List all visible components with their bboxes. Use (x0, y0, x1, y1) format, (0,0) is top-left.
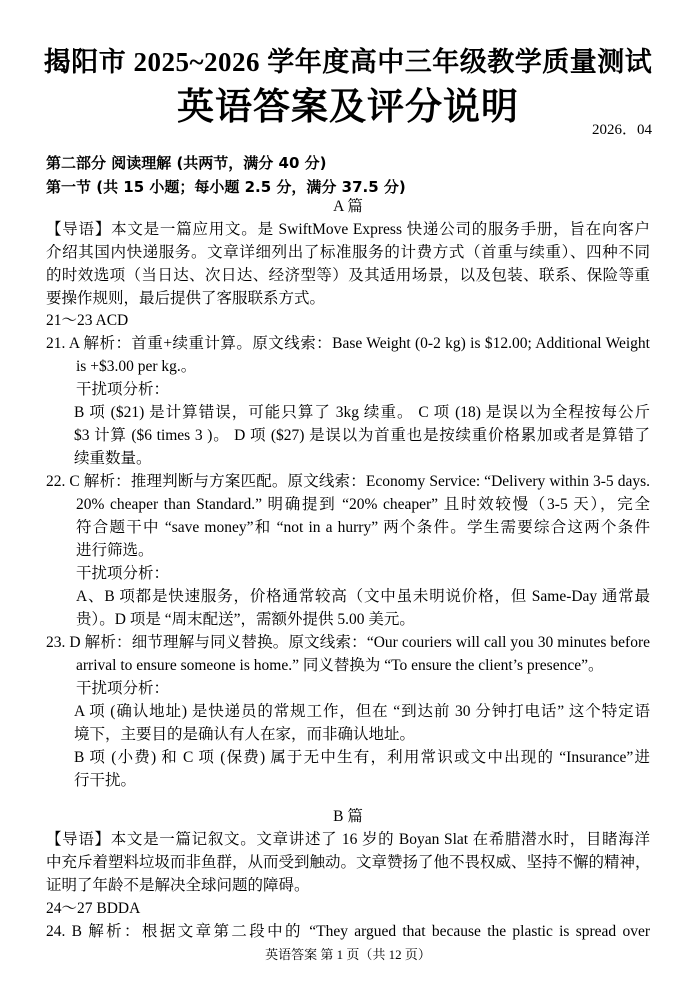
q24-explanation-line: 24. B 解析：根据文章第二段中的 “They argued that bec… (46, 921, 650, 943)
passage-a-intro-line: 介绍其国内快递服务。文章详细列出了标准服务的计费方式（首重与续重）、四种不同 (46, 242, 650, 264)
q23-distractor-heading: 干扰项分析： (76, 678, 169, 700)
q21-explanation-line: B 项 ($21) 是计算错误，可能只算了 3kg 续重。 C 项 (18) 是… (74, 402, 650, 424)
q22-explanation-line: 20% cheaper than Standard.” 明确提到 “20% ch… (76, 494, 650, 516)
q22-distractor-heading: 干扰项分析： (76, 563, 169, 585)
passage-a-answers: 21～23 ACD (46, 310, 128, 332)
q21-explanation-line: 续重数量。 (74, 448, 152, 470)
q23-explanation-line: A 项 (确认地址) 是快递员的常规工作，但在 “到达前 30 分钟打电话” 这… (74, 701, 650, 723)
passage-b-intro-line: 中充斥着塑料垃圾而非鱼群，从而受到触动。文章赞扬了他不畏权威、坚持不懈的精神， (46, 852, 650, 874)
answer-document-page: 揭阳市 2025~2026 学年度高中三年级教学质量测试 英语答案及评分说明 2… (0, 0, 696, 983)
q22-explanation-line: 进行筛选。 (76, 540, 154, 562)
part-heading: 第二部分 阅读理解 (共两节，满分 40 分) (46, 152, 326, 173)
q23-explanation-line: 23. D 解析：细节理解与同义替换。原文线索：“Our couriers wi… (46, 632, 650, 654)
passage-a-intro-line: 【导语】本文是一篇应用文。是 SwiftMove Express 快递公司的服务… (46, 219, 650, 241)
passage-b-label: B 篇 (0, 806, 696, 828)
q21-distractor-heading: 干扰项分析： (76, 379, 169, 401)
q23-explanation-line: 行干扰。 (74, 770, 136, 792)
q22-explanation-line: 贵）。D 项是 “周末配送”，需额外提供 5.00 美元。 (76, 609, 415, 631)
page-footer: 英语答案 第 1 页（共 12 页） (0, 944, 696, 963)
q21-explanation-line: $3 计算 ($6 times 3 )。 D 项 ($27) 是误以为首重也是按… (74, 425, 650, 447)
section-heading: 第一节 (共 15 小题；每小题 2.5 分，满分 37.5 分) (46, 176, 406, 197)
q22-explanation-line: 22. C 解析：推理判断与方案匹配。原文线索：Economy Service:… (46, 471, 650, 493)
q21-explanation-line: 21. A 解析：首重+续重计算。原文线索：Base Weight (0-2 k… (46, 333, 650, 355)
q22-explanation-line: A、B 项都是快速服务，价格通常较高（文中虽未明说价格，但 Same-Day 通… (76, 586, 650, 608)
passage-a-intro-line: 的时效选项（当日达、次日达、经济型等）及其适用场景，以及包装、联系、保险等重 (46, 265, 650, 287)
document-title: 揭阳市 2025~2026 学年度高中三年级教学质量测试 (0, 40, 696, 79)
document-date: 2026．04 (592, 118, 652, 139)
q21-explanation-line: is +$3.00 per kg.。 (76, 356, 196, 378)
q22-explanation-line: 符合题干中 “save money”和 “not in a hurry” 两个条… (76, 517, 650, 539)
passage-a-intro-line: 要操作规则，最后提供了客服联系方式。 (46, 288, 325, 310)
q23-explanation-line: arrival to ensure someone is home.” 同义替换… (76, 655, 603, 677)
q23-explanation-line: B 项 (小费) 和 C 项 (保费) 属于无中生有，利用常识或文中出现的 “I… (74, 747, 650, 769)
passage-b-intro-line: 【导语】本文是一篇记叙文。文章讲述了 16 岁的 Boyan Slat 在希腊潜… (46, 829, 650, 851)
passage-a-label: A 篇 (0, 196, 696, 218)
passage-b-answers: 24～27 BDDA (46, 898, 140, 920)
passage-b-intro-line: 证明了年龄不是解决全球问题的障碍。 (46, 875, 310, 897)
q23-explanation-line: 境下，主要目的是确认有人在家，而非确认地址。 (74, 724, 415, 746)
